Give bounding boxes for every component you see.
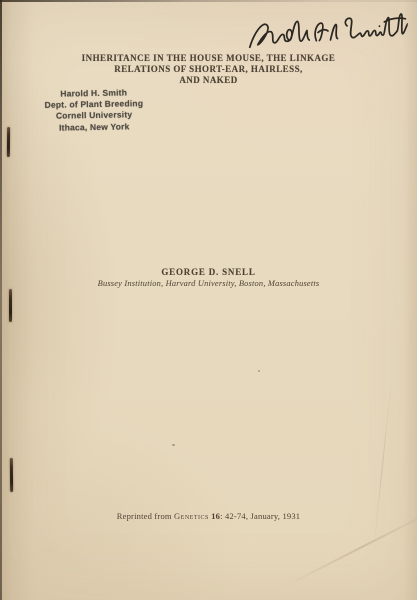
owner-stamp: Harold H. Smith Dept. of Plant Breeding … xyxy=(36,87,153,134)
author-block: GEORGE D. SNELL Bussey Institution, Harv… xyxy=(0,267,417,288)
paper-speck xyxy=(258,370,260,372)
page-edge-top xyxy=(0,0,417,2)
page-edge-left xyxy=(0,0,2,600)
reprint-cover-page: INHERITANCE IN THE HOUSE MOUSE, THE LINK… xyxy=(0,0,417,600)
reprint-citation: Reprinted from Genetics16: 42-74, Januar… xyxy=(0,511,417,521)
paper-crease xyxy=(373,380,392,549)
author-name: GEORGE D. SNELL xyxy=(0,267,417,277)
citation-volume: 16 xyxy=(211,511,220,521)
citation-pages-date: : 42-74, January, 1931 xyxy=(220,511,300,521)
staple xyxy=(9,289,12,322)
staple xyxy=(7,127,10,157)
title-line: AND NAKED xyxy=(0,75,417,86)
stamp-line: Ithaca, New York xyxy=(36,121,152,134)
citation-prefix: Reprinted from xyxy=(117,511,174,521)
title-line: RELATIONS OF SHORT-EAR, HAIRLESS, xyxy=(0,64,417,75)
author-affiliation: Bussey Institution, Harvard University, … xyxy=(0,279,417,288)
title-line: INHERITANCE IN THE HOUSE MOUSE, THE LINK… xyxy=(0,53,417,64)
citation-journal: Genetics xyxy=(174,511,209,521)
signature-handwriting xyxy=(245,8,409,54)
paper-speck xyxy=(172,444,175,446)
paper-title: INHERITANCE IN THE HOUSE MOUSE, THE LINK… xyxy=(0,53,417,87)
staple xyxy=(10,458,13,492)
